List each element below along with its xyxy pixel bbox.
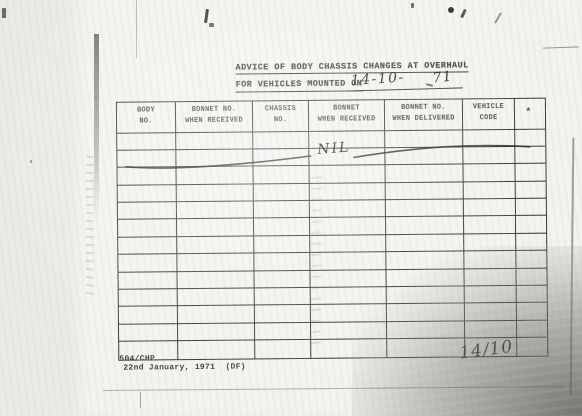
table-cell — [387, 286, 465, 303]
column-header-asterisk: * — [515, 99, 542, 129]
table-cell — [386, 217, 464, 234]
table-cell — [385, 147, 463, 164]
table-cell — [517, 320, 544, 337]
table-cell — [118, 220, 177, 237]
table-cell — [254, 201, 310, 218]
table-cell — [464, 269, 516, 286]
table-cell — [178, 306, 255, 323]
table-cell — [176, 132, 253, 149]
table-cell — [387, 339, 465, 357]
table-cell — [253, 131, 309, 148]
table-cell — [463, 147, 515, 164]
table-cell — [463, 164, 515, 181]
table-cell — [119, 324, 178, 341]
header-line: WHEN RECEIVED — [185, 115, 243, 126]
asterisk-mark: * — [525, 106, 531, 121]
table-cell — [517, 338, 544, 356]
table-cell — [177, 184, 254, 201]
table-cell — [387, 321, 465, 338]
table-header-row: BODY NO. BONNET NO. WHEN RECEIVED CHASSI… — [117, 99, 545, 134]
table-cell — [386, 199, 464, 216]
table-cell — [516, 199, 543, 216]
table-cell — [253, 166, 309, 183]
table-cell — [465, 303, 517, 320]
table-cell — [386, 182, 464, 199]
chassis-changes-table: BODY NO. BONNET NO. WHEN RECEIVED CHASSI… — [116, 98, 548, 361]
table-cell — [516, 234, 543, 251]
table-cell — [311, 339, 387, 357]
header-line: BONNET NO. — [192, 105, 237, 116]
table-cell — [178, 341, 255, 359]
table-cell — [255, 305, 311, 322]
table-cell — [254, 253, 310, 270]
table-cell — [311, 305, 387, 322]
table-cell — [464, 216, 516, 233]
handwritten-year: 71 — [432, 69, 454, 87]
header-line: NO. — [274, 115, 287, 126]
handwritten-nil: NIL — [317, 139, 351, 158]
table-cell — [176, 167, 253, 184]
table-cell — [118, 202, 177, 219]
table-cell — [117, 133, 176, 150]
header-line: BONNET NO. — [401, 103, 446, 114]
table-cell — [177, 236, 254, 253]
table-cell — [310, 183, 386, 200]
table-cell — [515, 164, 542, 181]
table-cell — [119, 289, 178, 306]
table-cell — [177, 271, 254, 288]
table-cell — [464, 199, 516, 216]
table-cell — [517, 303, 544, 320]
table-cell — [516, 181, 543, 198]
table-cell — [464, 251, 516, 268]
table-cell — [465, 321, 517, 338]
header-line: NO. — [139, 116, 152, 127]
table-cell — [464, 234, 516, 251]
table-cell — [309, 165, 385, 182]
table-cell — [177, 219, 254, 236]
table-cell — [178, 288, 255, 305]
table-cell — [119, 307, 178, 324]
scanned-document: { "colors": { "background": "#eae9e5", "… — [0, 0, 582, 416]
table-cell — [310, 200, 386, 217]
column-header-bonnet-no-received: BONNET NO. WHEN RECEIVED — [176, 101, 253, 131]
table-cell — [386, 234, 464, 251]
table-body — [117, 129, 547, 359]
table-cell — [517, 286, 544, 303]
table-cell — [516, 216, 543, 233]
header-line: CODE — [480, 113, 498, 124]
table-cell — [118, 254, 177, 271]
table-cell — [255, 323, 311, 340]
header-line: WHEN DELIVERED — [392, 113, 454, 124]
column-header-chassis-no: CHASSIS NO. — [253, 101, 309, 131]
table-cell — [177, 202, 254, 219]
form-subtitle: FOR VEHICLES MOUNTED ON — [236, 78, 363, 92]
table-cell — [310, 270, 386, 287]
header-line: VEHICLE — [473, 102, 504, 113]
table-cell — [311, 287, 387, 304]
form-reference-number: 504/CHP — [119, 354, 155, 363]
header-line: CHASSIS — [265, 104, 296, 115]
table-cell — [310, 252, 386, 269]
table-cell — [310, 235, 386, 252]
table-cell — [386, 252, 464, 269]
table-cell — [464, 182, 516, 199]
table-cell — [516, 251, 543, 268]
column-header-vehicle-code: VEHICLE CODE — [463, 99, 515, 129]
table-cell — [255, 340, 311, 358]
table-cell — [253, 149, 309, 166]
column-header-bonnet-no-delivered: BONNET NO. WHEN DELIVERED — [385, 99, 463, 129]
form-layer: ADVICE OF BODY CHASSIS CHANGES AT OVERHA… — [0, 0, 582, 416]
header-line: WHEN RECEIVED — [318, 114, 376, 125]
table-cell — [386, 269, 464, 286]
table-cell — [118, 185, 177, 202]
table-cell — [311, 322, 387, 339]
header-line: BONNET — [333, 103, 360, 114]
table-cell — [385, 130, 463, 147]
table-cell — [310, 218, 386, 235]
table-cell — [177, 254, 254, 271]
header-line: BODY — [137, 105, 155, 116]
column-header-body-no: BODY NO. — [117, 102, 176, 132]
table-cell — [176, 149, 253, 166]
table-cell — [515, 147, 542, 164]
column-header-bonnet-received: BONNET WHEN RECEIVED — [309, 100, 385, 130]
table-cell — [254, 236, 310, 253]
table-cell — [118, 272, 177, 289]
table-cell — [117, 167, 176, 184]
table-cell — [385, 165, 463, 182]
table-cell — [254, 218, 310, 235]
table-cell — [516, 268, 543, 285]
form-date-line: 22nd January, 1971 (DF) — [123, 363, 246, 373]
handwritten-date: 14-10- — [350, 70, 405, 89]
table-cell — [117, 150, 176, 167]
table-cell — [254, 184, 310, 201]
table-cell — [387, 304, 465, 321]
table-cell — [254, 271, 310, 288]
table-cell — [118, 237, 177, 254]
table-cell — [515, 129, 542, 146]
table-cell — [465, 286, 517, 303]
table-cell — [178, 323, 255, 340]
table-cell — [463, 129, 515, 146]
table-cell — [255, 288, 311, 305]
